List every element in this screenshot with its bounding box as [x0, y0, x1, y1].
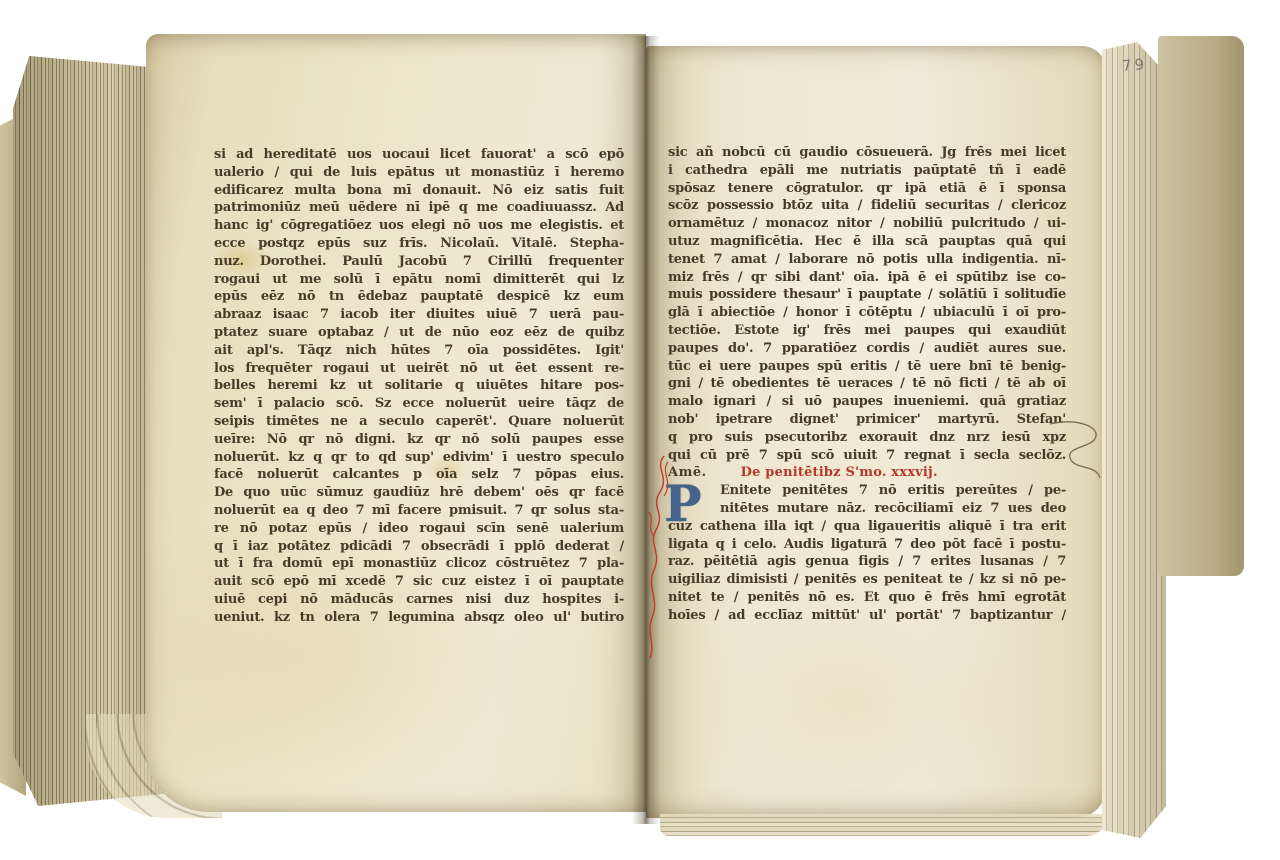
manuscript-line: tenet 7 amat / laborare nō potis ulla in…	[668, 251, 1066, 269]
sermon-paragraph: P Enitete penitētes 7 nō eritis pereūtes…	[668, 482, 1066, 624]
manuscript-line: ait apl's. Tāqz nich hūtes 7 oīa possidē…	[214, 342, 624, 360]
manuscript-line: noluerūt ea q deo 7 mī facere pmisuit. 7…	[214, 502, 624, 520]
manuscript-line: epūs eēz nō tn ēdebaz pauptatē despicē k…	[214, 288, 624, 306]
manuscript-line: uigiliaz dimisisti / penitēs es peniteat…	[668, 571, 1066, 589]
manuscript-line: abraaz isaac 7 iacob iter diuites uiuē 7…	[214, 306, 624, 324]
manuscript-line: si ad hereditatē uos uocaui licet fauora…	[214, 146, 624, 164]
rubric-heading: De penitētibz S'mo. xxxvij.	[741, 464, 938, 482]
manuscript-line: sic añ nobcū cū gaudio cōsueuerā. Jg frē…	[668, 144, 1066, 162]
manuscript-line: hoīes / ad ecclīaz mittūt' ul' portāt' 7…	[668, 607, 1066, 625]
red-penwork-flourish-icon	[640, 452, 680, 662]
right-page-text: sic añ nobcū cū gaudio cōsueuerā. Jg frē…	[668, 144, 1066, 625]
manuscript-line: seipis timētes ne a seculo caperēt'. Qua…	[214, 413, 624, 431]
manuscript-line: re nō potaz epūs / ideo rogaui scīn senē…	[214, 520, 624, 538]
manuscript-line: nob' ipetrare dignet' primicer' martyrū.…	[668, 411, 1066, 429]
rubric-row: Amē. De penitētibz S'mo. xxxvij.	[668, 464, 1066, 482]
margin-squiggle-icon	[1046, 416, 1104, 482]
manuscript-line: hanc ig' cōgregatiōez uos elegi nō uos m…	[214, 217, 624, 235]
right-page-stack	[1102, 42, 1166, 838]
manuscript-line: q pro suis psecutoribz exorauit dnz nrz …	[668, 429, 1066, 447]
manuscript-line: tūc ei uere paupes spū eritis / tē uere …	[668, 358, 1066, 376]
manuscript-line: facē noluerūt calcantes p oīa selz 7 pōp…	[214, 466, 624, 484]
manuscript-line: glā ī abiectiōe / honor ī cōtēptu / ubia…	[668, 304, 1066, 322]
manuscript-line: noluerūt. kz q qr to qd sup' edivim' ī u…	[214, 449, 624, 467]
right-page-upper-text: sic añ nobcū cū gaudio cōsueuerā. Jg frē…	[668, 144, 1066, 464]
manuscript-line: patrimoniūz meū uēdere nī ipē q me coadi…	[214, 199, 624, 217]
manuscript-line: nitet te / penitēs nō es. Et quo ē frēs …	[668, 589, 1066, 607]
manuscript-line: auit scō epō mī xcedē 7 sic cuz eistez ī…	[214, 573, 624, 591]
manuscript-line: De quo uūc sūmuz gaudiūz hrē debem' oēs …	[214, 484, 624, 502]
manuscript-line: ueniut. kz tn olera 7 legumina absqz ole…	[214, 609, 624, 627]
folio-number: 79	[1121, 55, 1148, 75]
manuscript-line: belles heremi kz ut solitarie q uiuētes …	[214, 377, 624, 395]
right-cover-board	[1158, 36, 1244, 576]
manuscript-line: malo ignari / si uō paupes inueniemi. qu…	[668, 393, 1066, 411]
manuscript-line: tectiōe. Estote ig' frēs mei paupes qui …	[668, 322, 1066, 340]
manuscript-line: ornamētuz / monacoz nitor / nobiliū pulc…	[668, 215, 1066, 233]
manuscript-line: nuz. Dorothei. Paulū Jacobū 7 Cirillū fr…	[214, 253, 624, 271]
book-gutter	[632, 36, 660, 824]
manuscript-line: raz. pēitētiā agis genua figis / 7 erite…	[668, 553, 1066, 571]
manuscript-line: los frequēter rogaui ut ueirēt nō ut ēet…	[214, 360, 624, 378]
right-bottom-page-edges	[660, 814, 1108, 836]
manuscript-line: muis possidere thesaur' ī pauptate / sol…	[668, 286, 1066, 304]
manuscript-line: cūz cathena illa iqt / qua ligaueritis a…	[668, 518, 1066, 536]
manuscript-line: utuz magnificētia. Hec ē illa scā paupta…	[668, 233, 1066, 251]
manuscript-line: gni / tē obedientes tē ueraces / tē nō f…	[668, 375, 1066, 393]
manuscript-line: ecce postqz epūs suz frīs. Nicolaū. Vita…	[214, 235, 624, 253]
manuscript-line: sem' ī palacio scō. Sz ecce noluerūt uei…	[214, 395, 624, 413]
manuscript-line: ut ī fra domū epī monastiūz clicoz cōstr…	[214, 555, 624, 573]
manuscript-line: qui cū prē 7 spū scō uiuit 7 regnat ī se…	[668, 447, 1066, 465]
manuscript-line: uiuē cepi nō māducās carnes nisi duz hos…	[214, 591, 624, 609]
manuscript-line: ueīre: Nō qr nō digni. kz qr nō solū pau…	[214, 431, 624, 449]
manuscript-line: ptatez suare optabaz / ut de nūo eoz eēz…	[214, 324, 624, 342]
manuscript-line: Enitete penitētes 7 nō eritis pereūtes /…	[668, 482, 1066, 500]
manuscript-photo: 79 si ad hereditatē uos uocaui licet fau…	[0, 0, 1280, 860]
manuscript-line: ligata q i celo. Audis ligaturā 7 deo pō…	[668, 536, 1066, 554]
manuscript-line: paupes do'. 7 pparatiōez cordis / audiēt…	[668, 340, 1066, 358]
manuscript-line: q ī iaz potātez pdicādi 7 obsecrādi ī pp…	[214, 538, 624, 556]
manuscript-line: i cathedra epāli me nutriatis paūptatē t…	[668, 162, 1066, 180]
manuscript-line: spōsaz tenere cōgratulor. qr ipā etiā ē …	[668, 180, 1066, 198]
manuscript-line: miz frēs / qr sibi dant' oīa. ipā ē ei s…	[668, 269, 1066, 287]
manuscript-line: scōz possessio btōz uita / fideliū secur…	[668, 197, 1066, 215]
manuscript-line: edificarez multa bona mī donauit. Nō eiz…	[214, 182, 624, 200]
manuscript-line: rogaui ut me solū ī epātu nomī dimitterē…	[214, 271, 624, 289]
manuscript-line: nitētes mutare nāz. recōciliamī eiz 7 ue…	[668, 500, 1066, 518]
left-page-text: si ad hereditatē uos uocaui licet fauora…	[214, 146, 624, 627]
manuscript-line: ualerio / qui de luis epātus ut monastiū…	[214, 164, 624, 182]
